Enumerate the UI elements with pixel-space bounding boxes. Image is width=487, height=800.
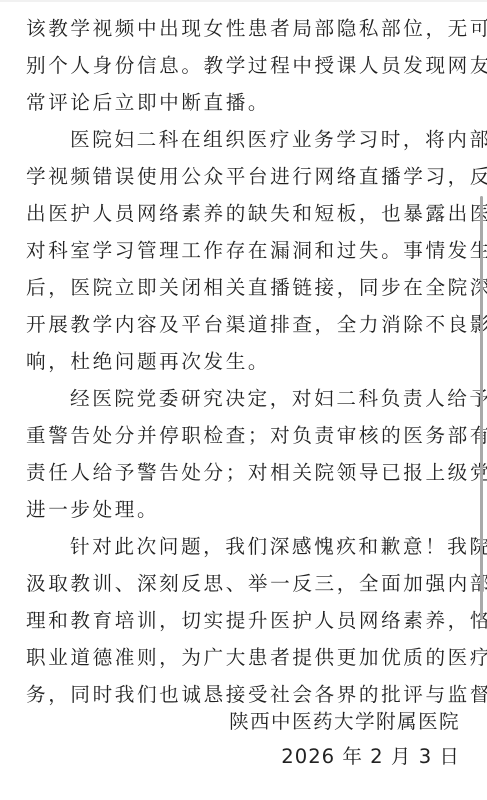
vertical-scrollbar[interactable] <box>480 196 483 620</box>
text-line: 学视频错误使用公众平台进行网络直播学习，反映 <box>26 158 466 195</box>
text-line: 汲取教训、深刻反思、举一反三，全面加强内部管 <box>26 565 466 602</box>
text-line: 后，医院立即关闭相关直播链接，同步在全院深入 <box>26 269 466 306</box>
text-line: 职业道德准则，为广大患者提供更加优质的医疗服 <box>26 639 466 676</box>
signature-organization: 陕西中医药大学附属医院 <box>229 705 460 734</box>
text-line: 别个人身份信息。教学过程中授课人员发现网友异 <box>26 47 466 84</box>
paragraph: 经医院党委研究决定，对妇二科负责人给予严 重警告处分并停职检查；对负责审核的医务… <box>26 380 466 528</box>
text-line: 响，杜绝问题再次发生。 <box>26 343 466 380</box>
text-line: 重警告处分并停职检查；对负责审核的医务部有关 <box>26 417 466 454</box>
top-divider <box>0 0 487 2</box>
text-line: 经医院党委研究决定，对妇二科负责人给予严 <box>26 380 466 417</box>
signature-date: 2026 年 2 月 3 日 <box>281 740 460 769</box>
text-line: 对科室学习管理工作存在漏洞和过失。事情发生 <box>26 232 466 269</box>
text-line: 理和教育培训，切实提升医护人员网络素养，恪守 <box>26 602 466 639</box>
paragraph: 医院妇二科在组织医疗业务学习时，将内部教 学视频错误使用公众平台进行网络直播学习… <box>26 121 466 380</box>
text-line: 责任人给予警告处分；对相关院领导已报上级党委 <box>26 454 466 491</box>
text-line: 针对此次问题，我们深感愧疚和歉意！我院将 <box>26 528 466 565</box>
text-line: 进一步处理。 <box>26 491 466 528</box>
text-line: 医院妇二科在组织医疗业务学习时，将内部教 <box>26 121 466 158</box>
text-line: 常评论后立即中断直播。 <box>26 84 466 121</box>
document-body: 该教学视频中出现女性患者局部隐私部位，无可识 别个人身份信息。教学过程中授课人员… <box>26 10 466 713</box>
text-line: 开展教学内容及平台渠道排查，全力消除不良影 <box>26 306 466 343</box>
text-line: 出医护人员网络素养的缺失和短板，也暴露出医院 <box>26 195 466 232</box>
text-line: 该教学视频中出现女性患者局部隐私部位，无可识 <box>26 10 466 47</box>
paragraph: 该教学视频中出现女性患者局部隐私部位，无可识 别个人身份信息。教学过程中授课人员… <box>26 10 466 121</box>
paragraph: 针对此次问题，我们深感愧疚和歉意！我院将 汲取教训、深刻反思、举一反三，全面加强… <box>26 528 466 713</box>
